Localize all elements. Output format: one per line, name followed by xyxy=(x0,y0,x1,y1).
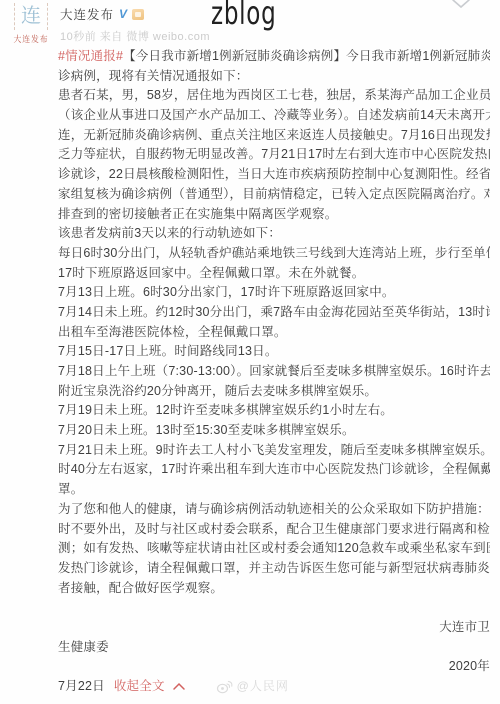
post-text-line: 患者石某，男，58岁，居住地为西岗区工七巷，独居，系某海产品加工企业员工 xyxy=(58,86,490,106)
post-text-line: 17时下班原路返回家中。全程佩戴口罩。未在外就餐。 xyxy=(58,264,490,284)
post-text-line: （该企业从事进口及国产水产品加工、冷藏等业务）。自述发病前14天未离开大 xyxy=(58,106,490,126)
post-timestamp-source: 10秒前 来自 微博 weibo.com xyxy=(60,28,210,44)
post-text-line: 为了您和他人的健康，请与确诊病例活动轨迹相关的公众采取如下防护措施：暂 xyxy=(58,500,490,520)
post-text-line: 者接触，配合做好医学观察。 xyxy=(58,579,490,599)
post-content: #情况通报#【今日我市新增1例新冠肺炎确诊病例】今日我市新增1例新冠肺炎确 诊病… xyxy=(58,47,490,697)
weibo-logo-icon xyxy=(216,680,233,694)
post-text-line: 诊病例，现将有关情况通报如下： xyxy=(58,67,490,87)
avatar-logo-label: 大连发布 xyxy=(9,33,53,45)
collapse-full-text-link[interactable]: 收起全文 xyxy=(114,677,186,697)
post-text-line: 排查到的密切接触者正在实施集中隔离医学观察。 xyxy=(58,205,490,225)
post-text-line: 家组复核为确诊病例（普通型），目前病情稳定，已转入定点医院隔离治疗。对 xyxy=(58,185,490,205)
post-text-line: 每日6时30分出门，从轻轨香炉礁站乘地铁三号线到大连湾站上班，步行至单位。 xyxy=(58,244,490,264)
post-text-line: 时不要外出，及时与社区或村委会联系，配合卫生健康部门要求进行隔离和检 xyxy=(58,520,490,540)
chevron-down-icon[interactable] xyxy=(450,0,472,10)
zblog-watermark: zblog xyxy=(211,0,276,32)
post-text-line: 7月15日-17日上班。时间路线同13日。 xyxy=(58,342,490,362)
credit-watermark: @人民网 xyxy=(216,677,289,697)
post-text-line: 该患者发病前3天以来的行动轨迹如下： xyxy=(58,224,490,244)
collapse-label: 收起全文 xyxy=(114,677,165,697)
blank-line xyxy=(58,598,490,618)
post-headline: #情况通报#【今日我市新增1例新冠肺炎确诊病例】今日我市新增1例新冠肺炎确 xyxy=(58,47,490,67)
post-text-line: 乏力等症状，自服药物无明显改善。7月21日17时左右到大连市中心医院发热门 xyxy=(58,145,490,165)
post-text-line: 测；如有发热、咳嗽等症状请由社区或村委会通知120急救车或乘坐私家车到医院 xyxy=(58,539,490,559)
post-text-line: 诊就诊，22日晨核酸检测阳性，当日大连市疾病预防控制中心复测阳性。经省专 xyxy=(58,165,490,185)
post-text-line: 7月13日上班。6时30分出家门，17时许下班原路返回家中。 xyxy=(58,283,490,303)
signature-line: 生健康委 xyxy=(58,638,490,658)
chevron-up-icon xyxy=(172,682,186,691)
avatar[interactable]: 连 大连发布 xyxy=(7,3,55,47)
verified-icon: V xyxy=(119,8,127,20)
avatar-logo-glyph: 连 xyxy=(14,3,48,30)
topic-hashtag-link[interactable]: #情况通报# xyxy=(58,49,123,63)
username[interactable]: 大连发布 xyxy=(60,5,114,23)
membership-badge-icon xyxy=(132,9,144,20)
post-text-line: 罩。 xyxy=(58,480,490,500)
weibo-post-card: 连 大连发布 大连发布 V 10秒前 来自 微博 weibo.com zblog… xyxy=(0,0,500,704)
signature-line: 大连市卫 xyxy=(58,618,490,638)
post-text-line: 7月20日未上班。13时至15:30至麦味多棋牌室娱乐。 xyxy=(58,421,490,441)
headline-text: 【今日我市新增1例新冠肺炎确诊病例】今日我市新增1例新冠肺炎确 xyxy=(123,49,490,63)
signature-year-line: 2020年 xyxy=(58,657,490,677)
post-text-line: 时40分左右返家，17时许乘出租车到大连市中心医院发热门诊就诊，全程佩戴口 xyxy=(58,460,490,480)
post-footer-row: 7月22日 收起全文 @人民网 xyxy=(58,677,490,697)
post-text-line: 7月21日未上班。9时许去工人村小飞美发室理发，随后至麦味多棋牌室娱乐。12 xyxy=(58,441,490,461)
post-text-line: 出租车至海港医院体检，全程佩戴口罩。 xyxy=(58,323,490,343)
post-text-lines: 诊病例，现将有关情况通报如下：患者石某，男，58岁，居住地为西岗区工七巷，独居，… xyxy=(58,67,490,599)
post-text-line: 7月19日未上班。12时许至麦味多棋牌室娱乐约1小时左右。 xyxy=(58,401,490,421)
post-text-line: 7月14日未上班。约12时30分出门，乘7路车由金海花园站至英华街站，13时许乘 xyxy=(58,303,490,323)
username-row: 大连发布 V xyxy=(60,6,144,22)
post-text-line: 发热门诊就诊，请全程佩戴口罩，并主动告诉医生您可能与新型冠状病毒肺炎患 xyxy=(58,559,490,579)
post-text-line: 7月18日上午上班（7:30-13:00）。回家就餐后至麦味多棋牌室娱乐。16时… xyxy=(58,362,490,382)
post-text-line: 附近宝泉洗浴约20分钟离开，随后去麦味多棋牌室娱乐。 xyxy=(58,382,490,402)
signature-date: 7月22日 xyxy=(58,677,105,697)
post-text-line: 连，无新冠肺炎确诊病例、重点关注地区来返连人员接触史。7月16日出现发热、 xyxy=(58,126,490,146)
